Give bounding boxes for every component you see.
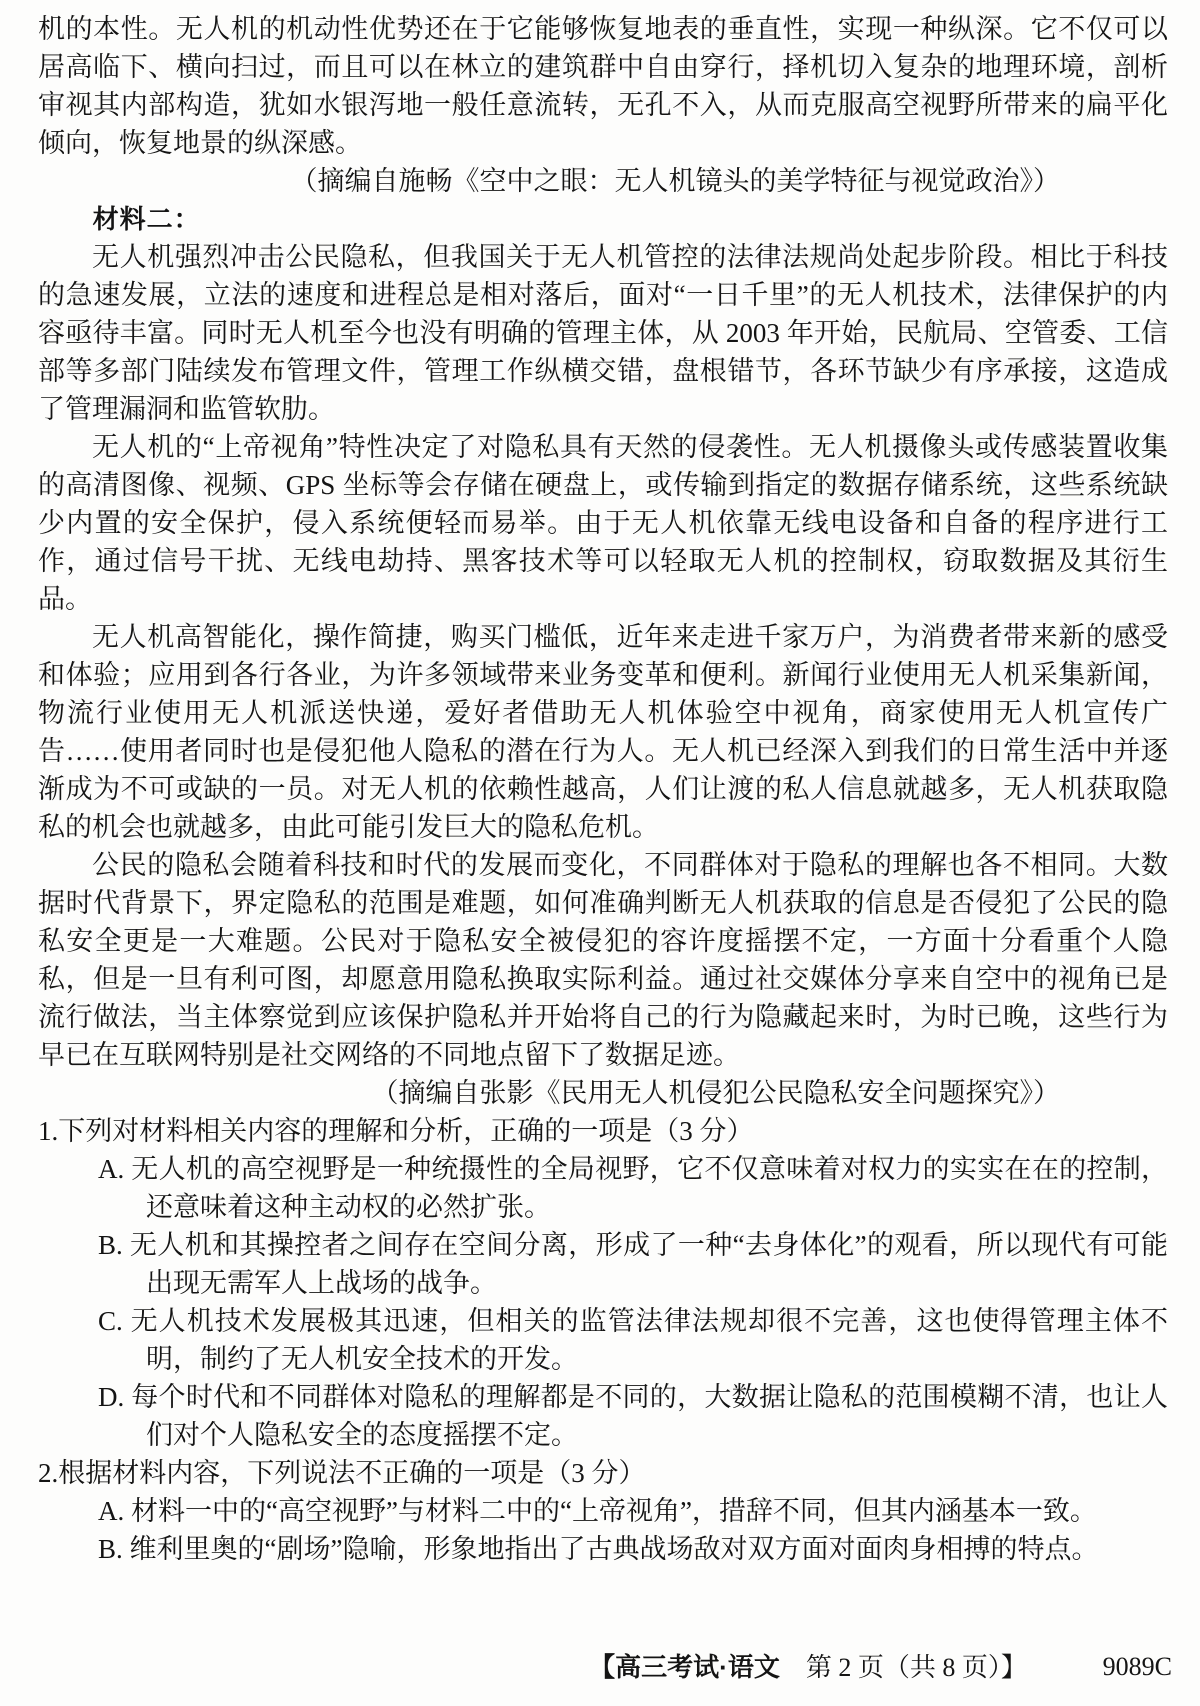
question-2-option-b: B. 维利里奥的“剧场”隐喻，形象地指出了古典战场敌对双方面对面肉身相搏的特点。 [98,1530,1168,1568]
footer-exam-title-and-page-number: 【高三考试·语文 第 2 页（共 8 页）】 [589,1648,1027,1687]
material2-heading: 材料二： [38,200,1168,238]
material2-paragraph-4: 公民的隐私会随着科技和时代的发展而变化，不同群体对于隐私的理解也各不相同。大数据… [38,846,1168,1074]
material1-attribution: （摘编自施畅《空中之眼：无人机镜头的美学特征与视觉政治》） [38,162,1168,200]
question-2-stem: 2.根据材料内容，下列说法不正确的一项是（3 分） [38,1454,1168,1492]
footer-exam-title: 【高三考试·语文 [589,1652,780,1682]
question-1-option-a: A. 无人机的高空视野是一种统摄性的全局视野，它不仅意味着对权力的实实在在的控制… [98,1150,1168,1226]
footer-page-number: 第 2 页（共 8 页）】 [780,1653,1027,1682]
question-2: 2.根据材料内容，下列说法不正确的一项是（3 分） A. 材料一中的“高空视野”… [38,1454,1168,1568]
page-footer: 【高三考试·语文 第 2 页（共 8 页）】 9089C [0,1648,1200,1686]
question-1-option-d: D. 每个时代和不同群体对隐私的理解都是不同的，大数据让隐私的范围模糊不清，也让… [98,1378,1168,1454]
material2-attribution: （摘编自张影《民用无人机侵犯公民隐私安全问题探究》） [38,1074,1168,1112]
exam-page: 机的本性。无人机的机动性优势还在于它能够恢复地表的垂直性，实现一种纵深。它不仅可… [0,0,1200,1706]
material2-paragraph-3: 无人机高智能化，操作简捷，购买门槛低，近年来走进千家万户，为消费者带来新的感受和… [38,618,1168,846]
footer-paper-code: 9089C [1103,1648,1172,1686]
question-1-stem: 1.下列对材料相关内容的理解和分析，正确的一项是（3 分） [38,1112,1168,1150]
material1-continuation-paragraph: 机的本性。无人机的机动性优势还在于它能够恢复地表的垂直性，实现一种纵深。它不仅可… [38,10,1168,162]
material2-paragraph-1: 无人机强烈冲击公民隐私，但我国关于无人机管控的法律法规尚处起步阶段。相比于科技的… [38,238,1168,428]
question-1-option-c: C. 无人机技术发展极其迅速，但相关的监管法律法规却很不完善，这也使得管理主体不… [98,1302,1168,1378]
question-1: 1.下列对材料相关内容的理解和分析，正确的一项是（3 分） A. 无人机的高空视… [38,1112,1168,1454]
question-2-option-a: A. 材料一中的“高空视野”与材料二中的“上帝视角”，措辞不同，但其内涵基本一致… [98,1492,1168,1530]
question-1-option-b: B. 无人机和其操控者之间存在空间分离，形成了一种“去身体化”的观看，所以现代有… [98,1226,1168,1302]
material2-paragraph-2: 无人机的“上帝视角”特性决定了对隐私具有天然的侵袭性。无人机摄像头或传感装置收集… [38,428,1168,618]
